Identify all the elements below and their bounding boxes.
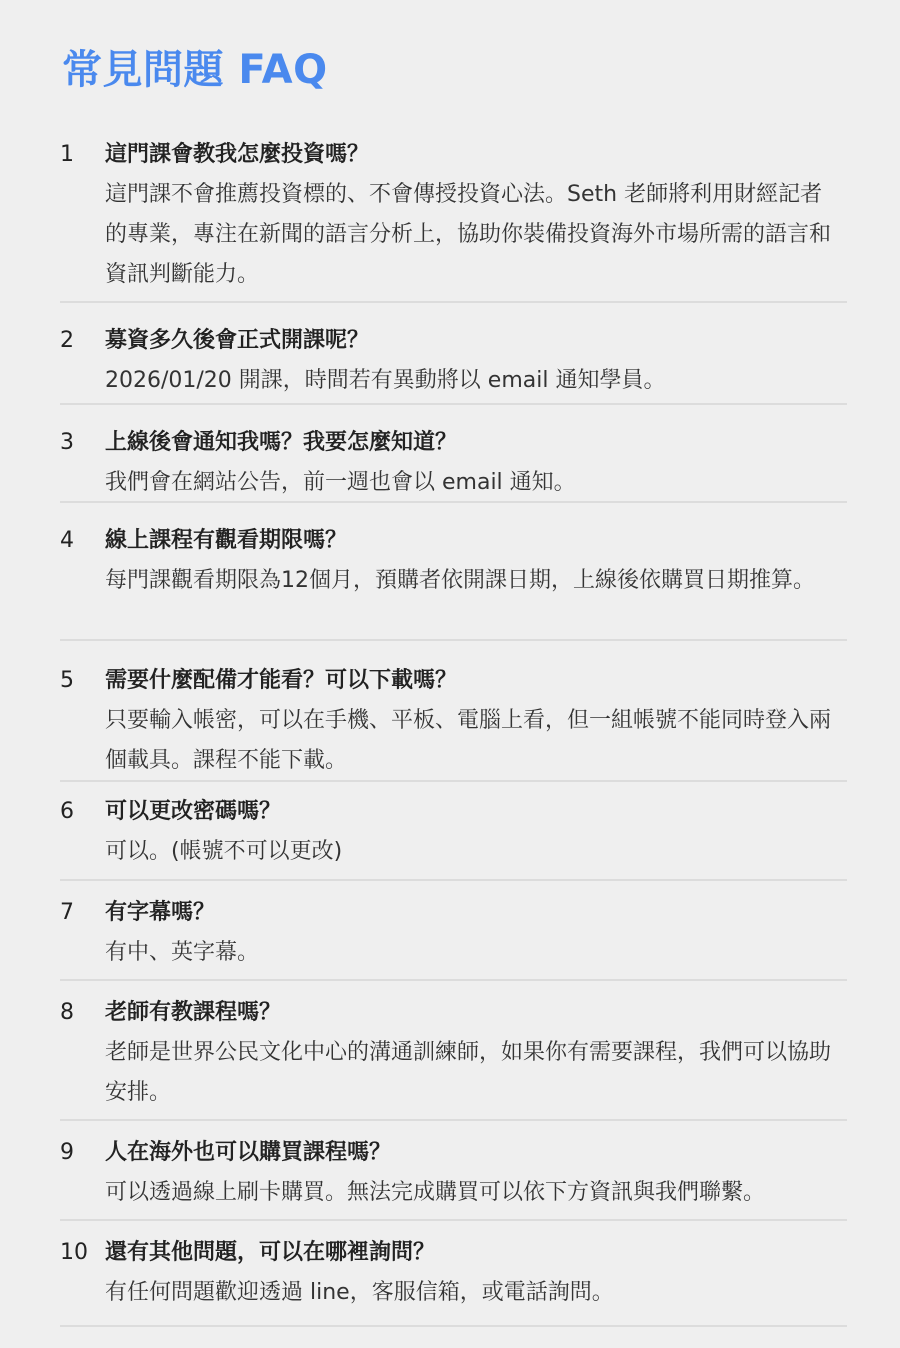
faq-number: 9 [60, 1133, 105, 1219]
faq-answer: 有任何問題歡迎透過 line，客服信箱，或電話詢問。 [105, 1273, 847, 1313]
faq-number: 3 [60, 423, 105, 501]
faq-answer: 可以透過線上刷卡購買。無法完成購買可以依下方資訊與我們聯繫。 [105, 1173, 847, 1213]
faq-item-5: 5 需要什麼配備才能看？可以下載嗎？ 只要輸入帳密，可以在手機、平板、電腦上看，… [60, 641, 847, 782]
faq-answer: 有中、英字幕。 [105, 933, 847, 973]
faq-list: 1 這門課會教我怎麼投資嗎？ 這門課不會推薦投資標的、不會傳授投資心法。Seth… [60, 135, 847, 1327]
faq-item-8: 8 老師有教課程嗎？ 老師是世界公民文化中心的溝通訓練師，如果你有需要課程，我們… [60, 981, 847, 1121]
faq-number: 1 [60, 135, 105, 301]
faq-question: 需要什麼配備才能看？可以下載嗎？ [105, 661, 847, 701]
faq-answer: 老師是世界公民文化中心的溝通訓練師，如果你有需要課程，我們可以協助安排。 [105, 1033, 847, 1113]
faq-question: 有字幕嗎？ [105, 893, 847, 933]
faq-number: 7 [60, 893, 105, 979]
faq-item-3: 3 上線後會通知我嗎？我要怎麼知道？ 我們會在網站公告，前一週也會以 email… [60, 405, 847, 503]
page-title: 常見問題 FAQ [62, 44, 328, 96]
faq-answer: 每門課觀看期限為12個月，預購者依開課日期，上線後依購買日期推算。 [105, 561, 847, 601]
faq-number: 6 [60, 792, 105, 879]
faq-answer: 2026/01/20 開課，時間若有異動將以 email 通知學員。 [105, 361, 847, 401]
faq-number: 4 [60, 521, 105, 639]
faq-answer: 可以。(帳號不可以更改) [105, 832, 847, 872]
faq-question: 還有其他問題，可以在哪裡詢問？ [105, 1233, 847, 1273]
faq-question: 上線後會通知我嗎？我要怎麼知道？ [105, 423, 847, 463]
faq-number: 2 [60, 321, 105, 403]
faq-answer: 我們會在網站公告，前一週也會以 email 通知。 [105, 463, 847, 503]
faq-item-1: 1 這門課會教我怎麼投資嗎？ 這門課不會推薦投資標的、不會傳授投資心法。Seth… [60, 135, 847, 303]
faq-answer: 只要輸入帳密，可以在手機、平板、電腦上看，但一組帳號不能同時登入兩個載具。課程不… [105, 701, 847, 781]
faq-item-6: 6 可以更改密碼嗎？ 可以。(帳號不可以更改) [60, 782, 847, 881]
faq-question: 這門課會教我怎麼投資嗎？ [105, 135, 847, 175]
faq-question: 可以更改密碼嗎？ [105, 792, 847, 832]
faq-question: 線上課程有觀看期限嗎？ [105, 521, 847, 561]
faq-item-9: 9 人在海外也可以購買課程嗎？ 可以透過線上刷卡購買。無法完成購買可以依下方資訊… [60, 1121, 847, 1221]
faq-answer: 這門課不會推薦投資標的、不會傳授投資心法。Seth 老師將利用財經記者的專業，專… [105, 175, 847, 295]
faq-item-4: 4 線上課程有觀看期限嗎？ 每門課觀看期限為12個月，預購者依開課日期，上線後依… [60, 503, 847, 641]
faq-item-10: 10 還有其他問題，可以在哪裡詢問？ 有任何問題歡迎透過 line，客服信箱，或… [60, 1221, 847, 1327]
faq-item-2: 2 募資多久後會正式開課呢？ 2026/01/20 開課，時間若有異動將以 em… [60, 303, 847, 405]
faq-number: 8 [60, 993, 105, 1119]
faq-question: 募資多久後會正式開課呢？ [105, 321, 847, 361]
faq-question: 老師有教課程嗎？ [105, 993, 847, 1033]
faq-number: 10 [60, 1233, 105, 1325]
faq-question: 人在海外也可以購買課程嗎？ [105, 1133, 847, 1173]
faq-item-7: 7 有字幕嗎？ 有中、英字幕。 [60, 881, 847, 981]
faq-number: 5 [60, 661, 105, 780]
